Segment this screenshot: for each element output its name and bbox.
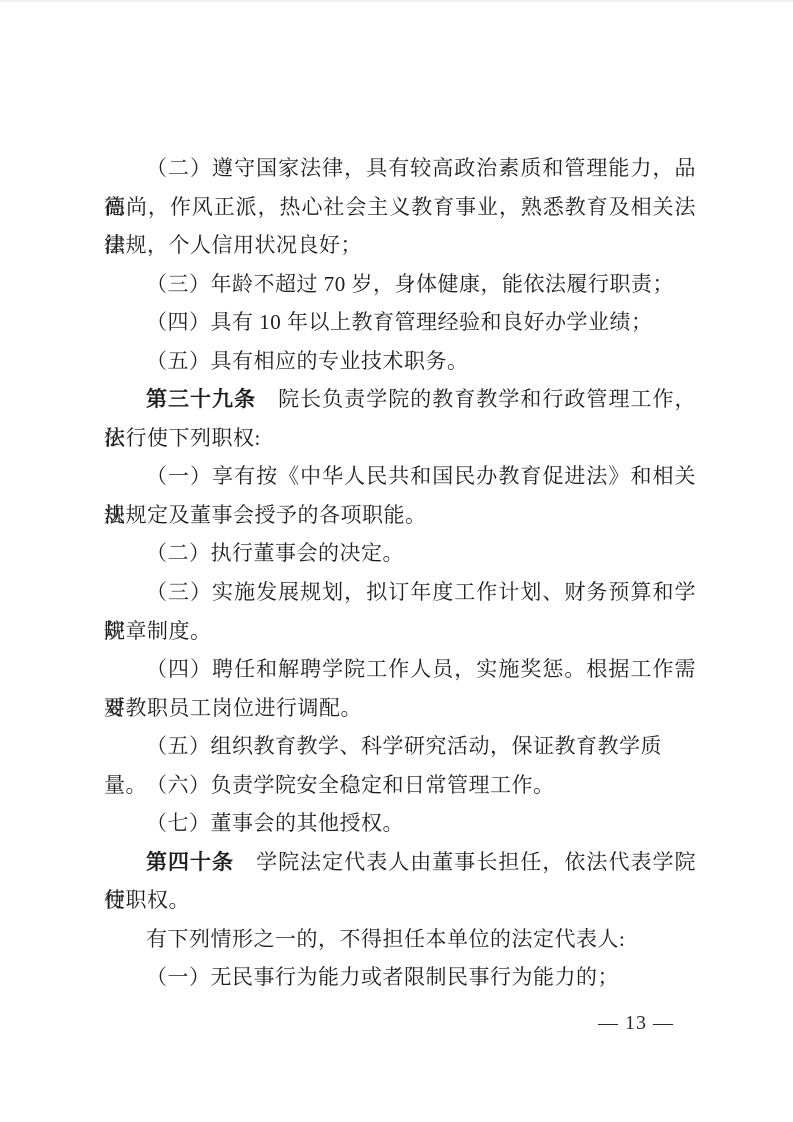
text-line: 法规，个人信用状况良好；: [104, 226, 696, 265]
text-line: 有下列情形之一的，不得担任本单位的法定代表人:: [104, 920, 696, 959]
text-line: （五）具有相应的专业技术职务。: [104, 342, 696, 381]
text-line: （三）年龄不超过 70 岁，身体健康，能依法履行职责；: [104, 265, 696, 304]
text-line: 高尚，作风正派，热心社会主义教育事业，熟悉教育及相关法律: [104, 188, 696, 227]
text-line: 规章制度。: [104, 612, 696, 651]
text-line: （三）实施发展规划，拟订年度工作计划、财务预算和学院: [104, 573, 696, 612]
text-line: （六）负责学院安全稳定和日常管理工作。: [104, 766, 696, 805]
text-line: （五）组织教育教学、科学研究活动，保证教育教学质量。: [104, 727, 696, 766]
document-page: （二）遵守国家法律，具有较高政治素质和管理能力，品德高尚，作风正派，热心社会主义…: [0, 0, 793, 1122]
text-line: 法行使下列职权:: [104, 419, 696, 458]
text-line: （四）具有 10 年以上教育管理经验和良好办学业绩；: [104, 303, 696, 342]
document-body: （二）遵守国家法律，具有较高政治素质和管理能力，品德高尚，作风正派，热心社会主义…: [104, 149, 696, 997]
page-number: — 13 —: [566, 1012, 706, 1035]
text-line: 第四十条 学院法定代表人由董事长担任，依法代表学院行: [104, 843, 696, 882]
text-line: （一）享有按《中华人民共和国民办教育促进法》和相关法: [104, 457, 696, 496]
text-line: （二）执行董事会的决定。: [104, 534, 696, 573]
scan-edge-artifact: [0, 0, 793, 2]
text-line: （一）无民事行为能力或者限制民事行为能力的；: [104, 958, 696, 997]
text-line: （二）遵守国家法律，具有较高政治素质和管理能力，品德: [104, 149, 696, 188]
text-line: 对教职员工岗位进行调配。: [104, 689, 696, 728]
text-line: （四）聘任和解聘学院工作人员，实施奖惩。根据工作需要: [104, 650, 696, 689]
article-number: 第四十条: [146, 850, 234, 874]
text-line: （七）董事会的其他授权。: [104, 804, 696, 843]
text-line: 第三十九条 院长负责学院的教育教学和行政管理工作，依: [104, 380, 696, 419]
text-line: 规规定及董事会授予的各项职能。: [104, 496, 696, 535]
text-line: 使职权。: [104, 881, 696, 920]
article-number: 第三十九条: [146, 387, 256, 411]
